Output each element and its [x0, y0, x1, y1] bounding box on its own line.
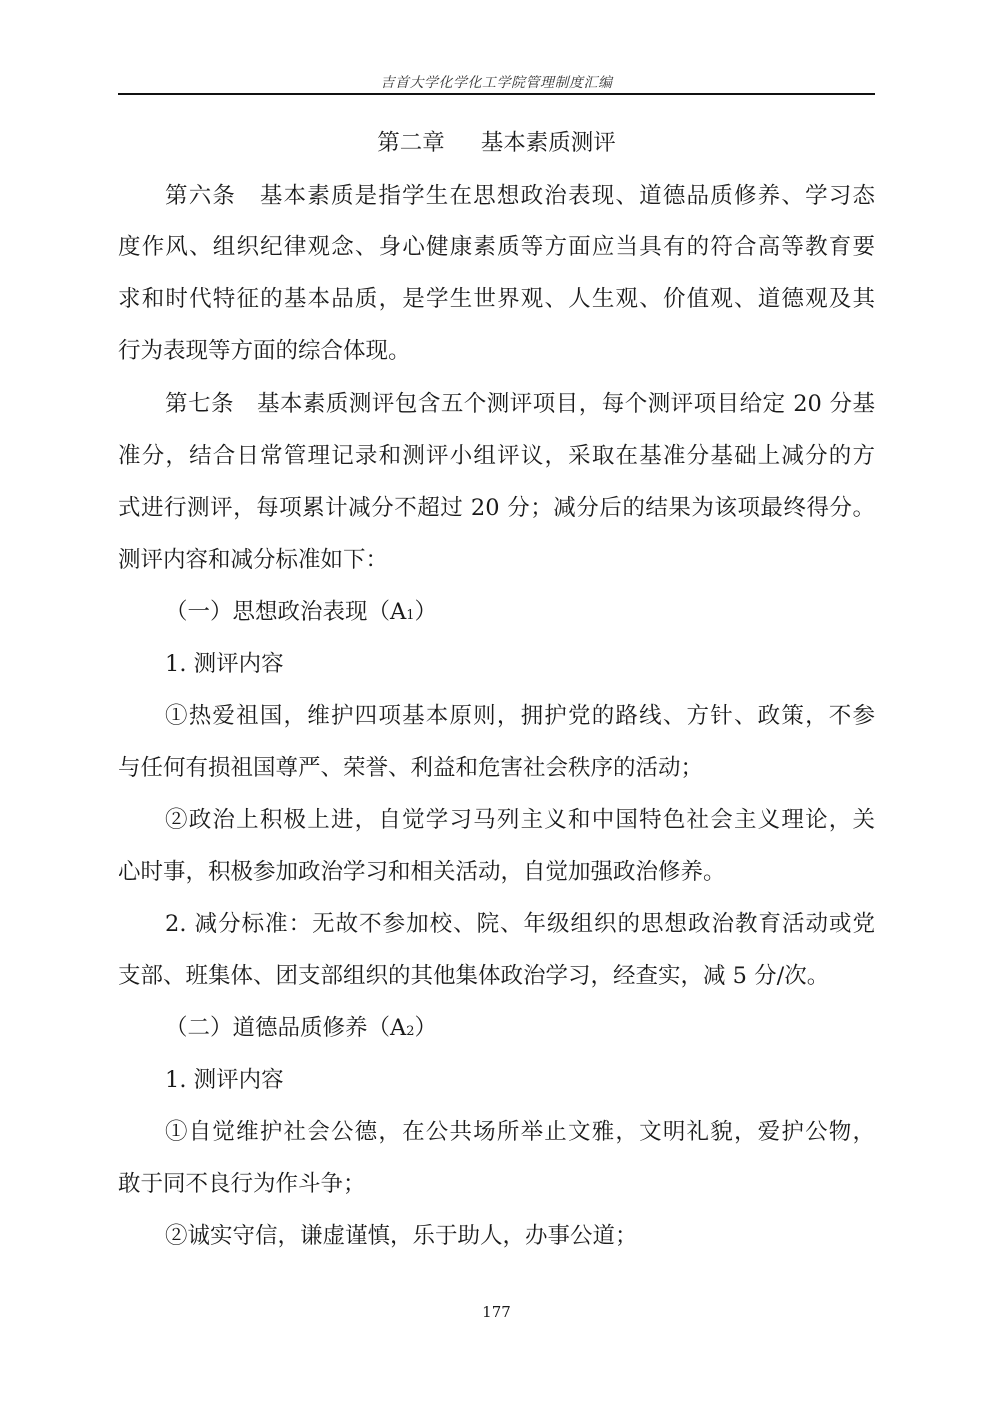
chapter-title: 第二章基本素质测评 — [118, 128, 875, 158]
line-text: （二）道德品质修养（A — [165, 1015, 406, 1041]
running-header: 吉首大学化学化工学院管理制度汇编 — [118, 72, 875, 92]
line-text: 求和时代特征的基本品质，是学生世界观、人生观、价值观、道德观及其 — [118, 286, 875, 312]
line-text: 第七条 基本素质测评包含五个测评项目，每个测评项目给定 20 分基 — [165, 391, 875, 417]
text-line: 求和时代特征的基本品质，是学生世界观、人生观、价值观、道德观及其 — [118, 284, 875, 314]
text-line: 敢于同不良行为作斗争； — [118, 1169, 875, 1199]
line-text: 测评内容和减分标准如下： — [118, 547, 388, 573]
line-text: ②诚实守信，谦虚谨慎，乐于助人，办事公道； — [165, 1223, 638, 1249]
text-line: 第六条 基本素质是指学生在思想政治表现、道德品质修养、学习态 — [118, 181, 875, 211]
line-text: 第六条 基本素质是指学生在思想政治表现、道德品质修养、学习态 — [165, 183, 875, 209]
text-line: 1. 测评内容 — [118, 649, 875, 679]
text-line: 与任何有损祖国尊严、荣誉、利益和危害社会秩序的活动； — [118, 753, 875, 783]
text-line: ②政治上积极上进，自觉学习马列主义和中国特色社会主义理论，关 — [118, 805, 875, 835]
header-rule — [118, 93, 875, 95]
page-number: 177 — [118, 1303, 875, 1321]
text-line: 式进行测评，每项累计减分不超过 20 分；减分后的结果为该项最终得分。 — [118, 493, 875, 523]
text-line: （二）道德品质修养（A2） — [118, 1013, 875, 1047]
text-line: 准分，结合日常管理记录和测评小组评议，采取在基准分基础上减分的方 — [118, 441, 875, 471]
line-text: 1. 测评内容 — [165, 651, 284, 677]
text-line: ①自觉维护社会公德，在公共场所举止文雅，文明礼貌，爱护公物， — [118, 1117, 875, 1147]
line-text: 准分，结合日常管理记录和测评小组评议，采取在基准分基础上减分的方 — [118, 443, 875, 469]
line-text: （一）思想政治表现（A — [165, 599, 406, 625]
text-line: 1. 测评内容 — [118, 1065, 875, 1095]
line-text: ①热爱祖国，维护四项基本原则，拥护党的路线、方针、政策，不参 — [165, 703, 875, 729]
text-line: ①热爱祖国，维护四项基本原则，拥护党的路线、方针、政策，不参 — [118, 701, 875, 731]
line-text: 支部、班集体、团支部组织的其他集体政治学习，经查实，减 5 分/次。 — [118, 963, 829, 989]
text-line: 心时事，积极参加政治学习和相关活动，自觉加强政治修养。 — [118, 857, 875, 887]
subscript: 1 — [406, 608, 414, 623]
line-text: 度作风、组织纪律观念、身心健康素质等方面应当具有的符合高等教育要 — [118, 234, 875, 260]
text-line: 2. 减分标准：无故不参加校、院、年级组织的思想政治教育活动或党 — [118, 909, 875, 939]
text-line: 行为表现等方面的综合体现。 — [118, 336, 875, 366]
text-line: （一）思想政治表现（A1） — [118, 597, 875, 631]
subscript: 2 — [406, 1024, 414, 1039]
text-line: 第七条 基本素质测评包含五个测评项目，每个测评项目给定 20 分基 — [118, 389, 875, 419]
line-text: 式进行测评，每项累计减分不超过 20 分；减分后的结果为该项最终得分。 — [118, 495, 875, 521]
line-text: 行为表现等方面的综合体现。 — [118, 338, 411, 364]
closing-paren: ） — [415, 1015, 438, 1041]
line-text: 2. 减分标准：无故不参加校、院、年级组织的思想政治教育活动或党 — [165, 911, 875, 937]
line-text: 1. 测评内容 — [165, 1067, 284, 1093]
text-line: ②诚实守信，谦虚谨慎，乐于助人，办事公道； — [118, 1221, 875, 1251]
chapter-name: 基本素质测评 — [481, 130, 616, 156]
line-text: ①自觉维护社会公德，在公共场所举止文雅，文明礼貌，爱护公物， — [165, 1119, 875, 1145]
text-line: 支部、班集体、团支部组织的其他集体政治学习，经查实，减 5 分/次。 — [118, 961, 875, 991]
line-text: 心时事，积极参加政治学习和相关活动，自觉加强政治修养。 — [118, 859, 726, 885]
closing-paren: ） — [415, 599, 438, 625]
line-text: ②政治上积极上进，自觉学习马列主义和中国特色社会主义理论，关 — [165, 807, 875, 833]
line-text: 敢于同不良行为作斗争； — [118, 1171, 366, 1197]
line-text: 与任何有损祖国尊严、荣誉、利益和危害社会秩序的活动； — [118, 755, 703, 781]
chapter-number: 第二章 — [377, 130, 445, 156]
text-line: 度作风、组织纪律观念、身心健康素质等方面应当具有的符合高等教育要 — [118, 232, 875, 262]
text-line: 测评内容和减分标准如下： — [118, 545, 875, 575]
